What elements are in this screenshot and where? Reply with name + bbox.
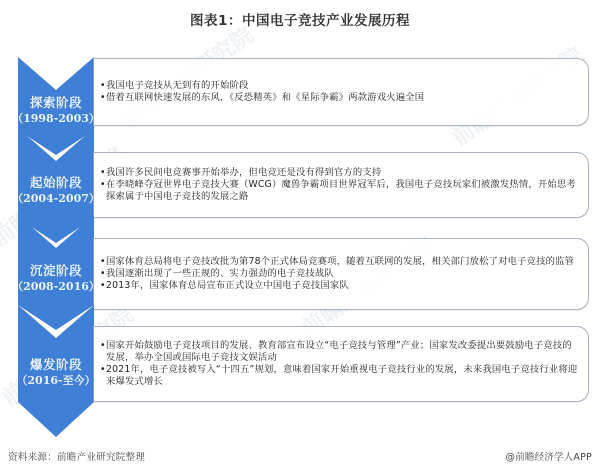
stage-bullet: 在李晓峰夺冠世界电子竞技大赛（WCG）魔兽争霸项目世界冠军后，我国电子竞技玩家们… (100, 179, 578, 203)
stage-description-box: 我国电子竞技从无到有的开始阶段 借着互联网快速发展的东风，《反恐精英》和《星际争… (93, 58, 589, 126)
stage-bullet: 2021年，电子竞技被写入“十四五”规划，意味着国家开始重视电子竞技行业的发展，… (100, 364, 578, 388)
stage-bullet: 我国许多民间电竞赛事开始举办，但电竞还是没有得到官方的支持 (100, 167, 578, 179)
stage-years: （2004-2007） (12, 191, 100, 206)
stage-chevron: 爆发阶段 （2016-至今） (18, 305, 94, 437)
credit-note: @前瞻经济学人APP (506, 449, 592, 463)
stage-years: （1998-2003） (12, 111, 100, 126)
stage-description-box: 国家开始鼓励电子竞技项目的发展、教育部宣布设立“电子竞技与管理”产业；国家发改委… (93, 326, 589, 402)
stage-bullet: 借着互联网快速发展的东风，《反恐精英》和《星际争霸》两款游戏火遍全国 (100, 92, 578, 104)
stage-bullet: 国家体育总局将电子竞技改批为第78个正式体局竞赛项，随着互联网的发展，相关部门放… (100, 256, 578, 268)
page-title: 图表1：中国电子竞技产业发展历程 (0, 9, 600, 29)
stage-bullet: 国家开始鼓励电子竞技项目的发展、教育部宣布设立“电子竞技与管理”产业；国家发改委… (100, 340, 578, 364)
source-note: 资料来源：前瞻产业研究院整理 (8, 449, 145, 463)
stage-description-box: 国家体育总局将电子竞技改批为第78个正式体局竞赛项，随着互联网的发展，相关部门放… (93, 238, 589, 310)
stage-bullet: 我国电子竞技从无到有的开始阶段 (100, 80, 578, 92)
stage-bullet: 2013年，国家体育总局宣布正式设立中国电子竞技国家队 (100, 280, 578, 292)
stage-name: 起始阶段 (18, 175, 94, 191)
stage-years: （2008-2016） (12, 279, 100, 294)
stage-name: 沉淀阶段 (18, 263, 94, 279)
stage-name: 爆发阶段 (18, 357, 94, 373)
stage-bullet: 我国逐渐出现了一些正规的、实力强劲的电子竞技战队 (100, 268, 578, 280)
stage-description-box: 我国许多民间电竞赛事开始举办，但电竞还是没有得到官方的支持 在李晓峰夺冠世界电子… (93, 152, 589, 218)
stage-name: 探索阶段 (18, 95, 94, 111)
stage-years: （2016-至今） (12, 373, 100, 388)
